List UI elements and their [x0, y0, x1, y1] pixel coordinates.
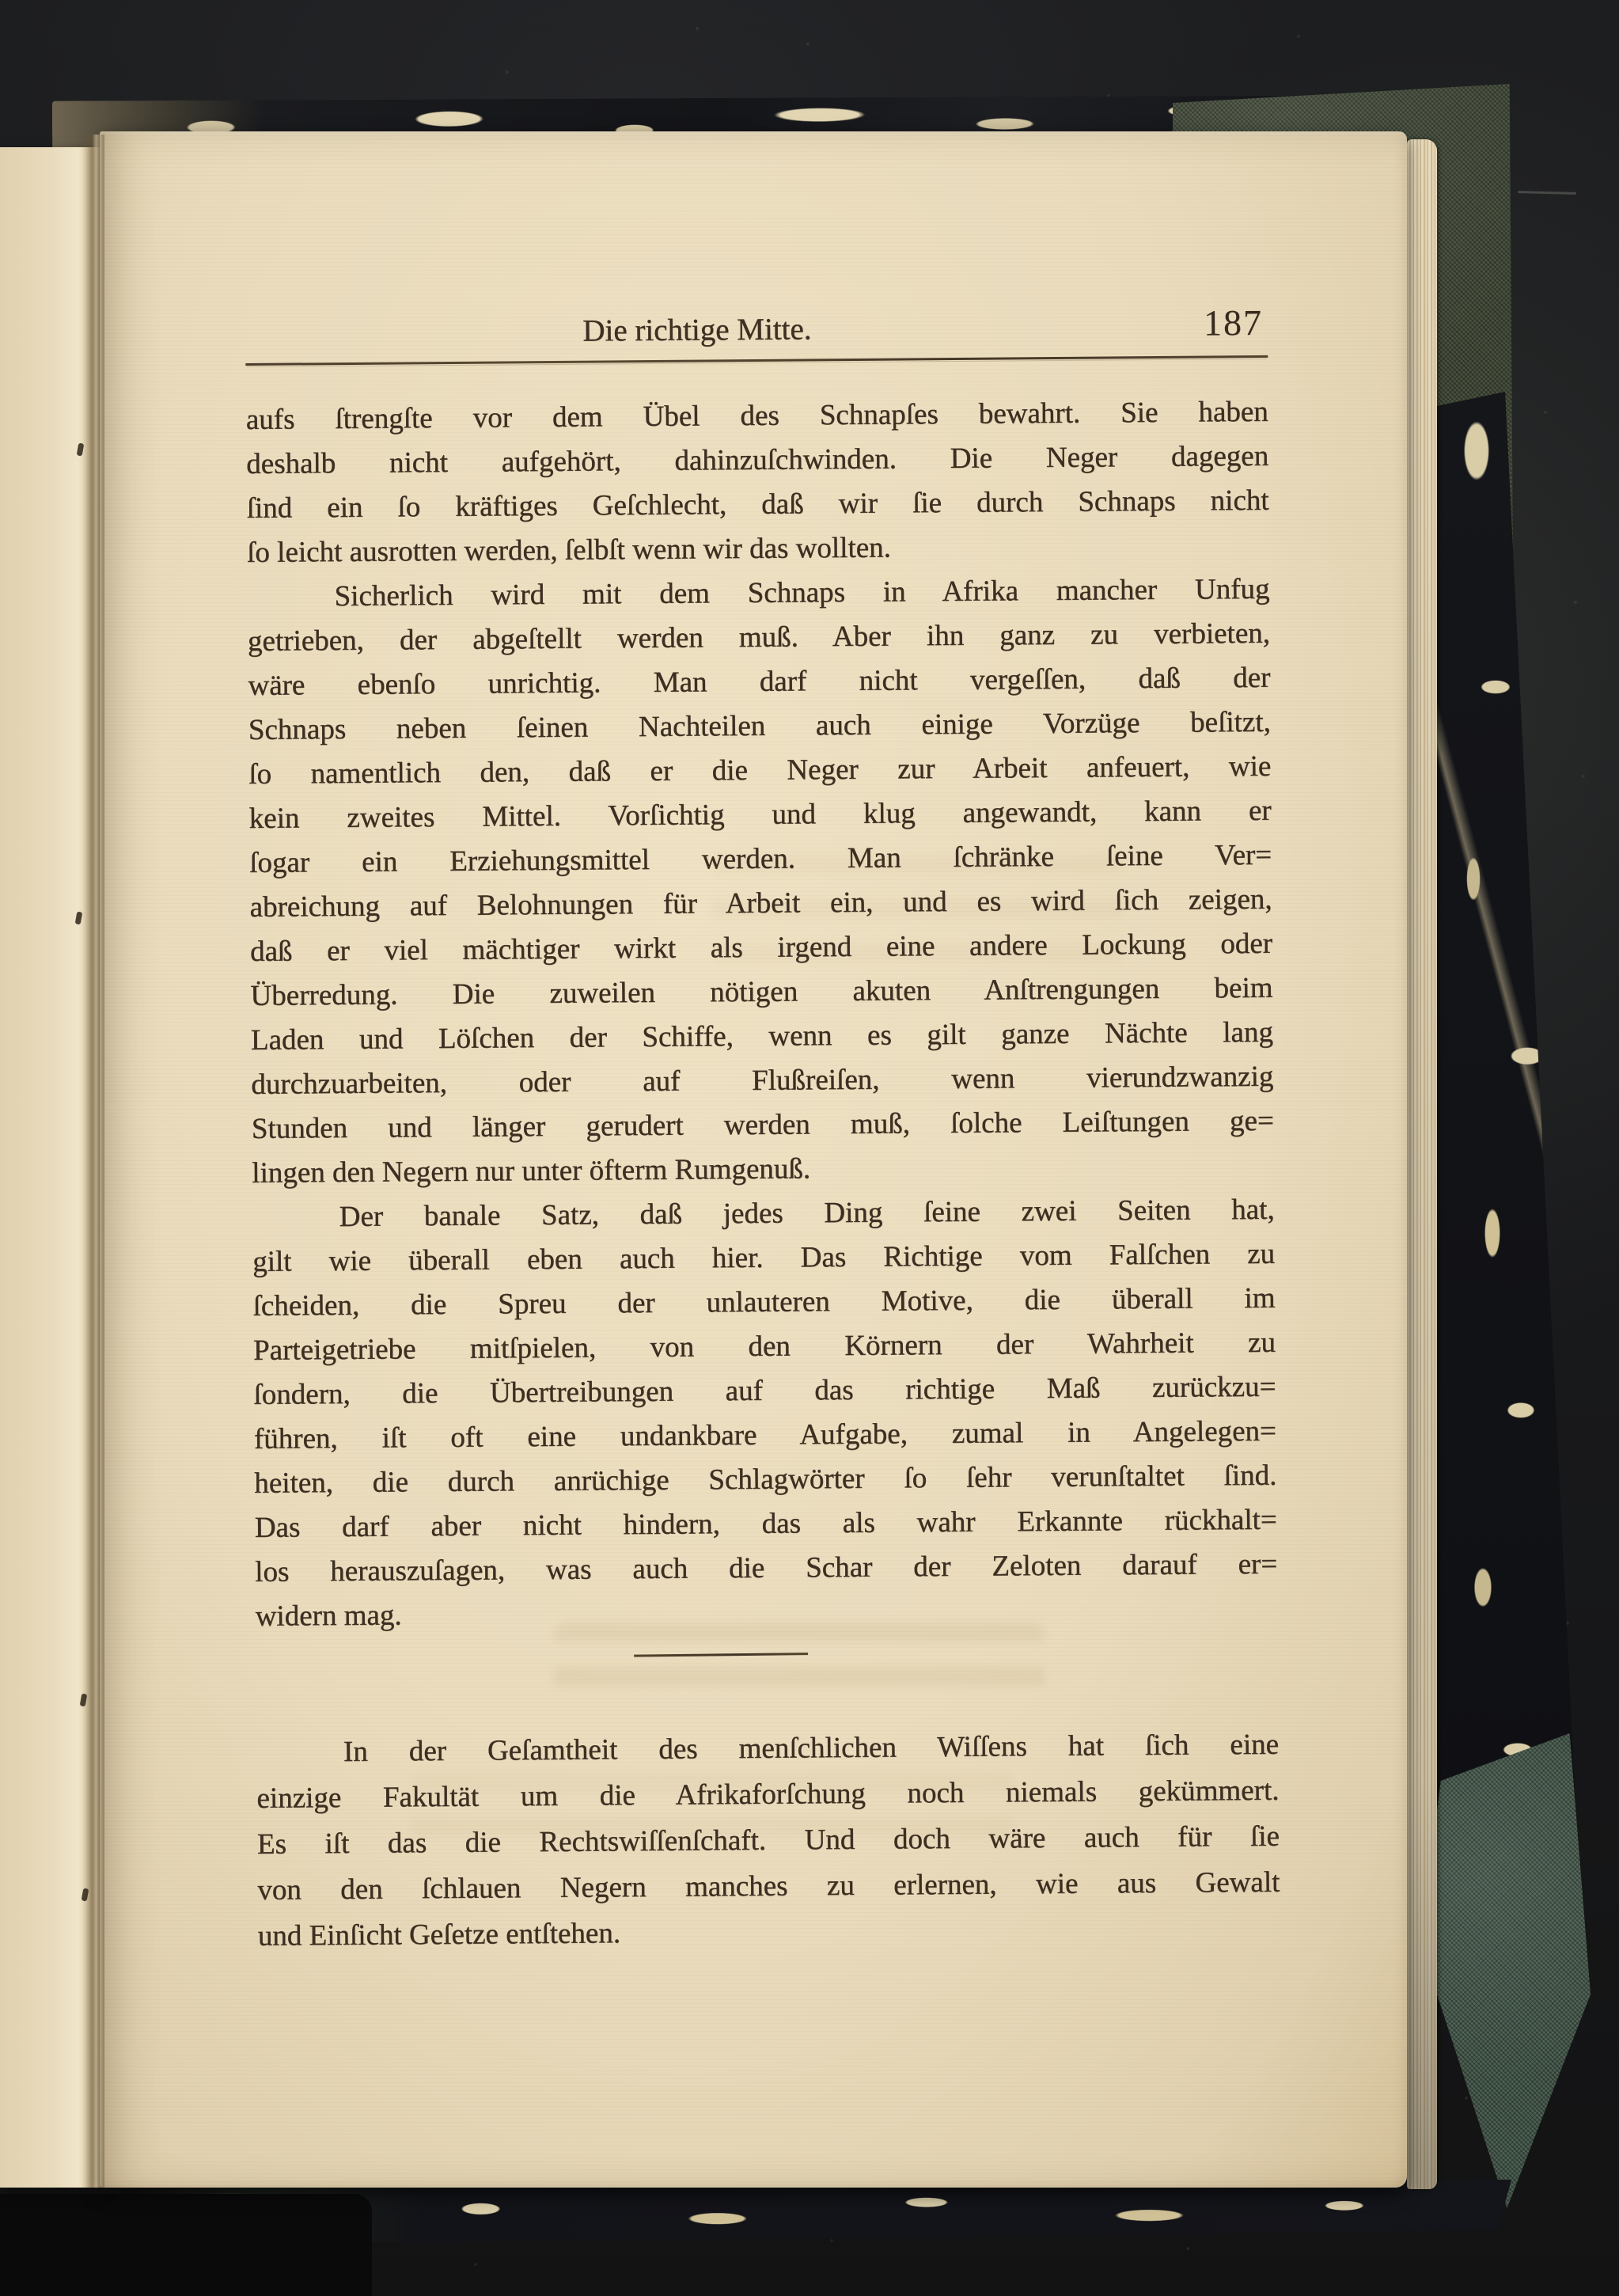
- body-text-closing: In der Geſamtheit des menſchlichen Wiſſe…: [256, 1722, 1280, 1960]
- text-line: Parteigetriebe mitſpielen, von den Körne…: [253, 1321, 1276, 1373]
- text-line: widern mag.: [256, 1587, 1278, 1639]
- text-line: einzige Fakultät um die Afrikaforſchung …: [256, 1768, 1279, 1822]
- text-line: los herauszuſagen, was auch die Schar de…: [255, 1543, 1277, 1595]
- text-line: und Einſicht Geſetze entſtehen.: [258, 1906, 1280, 1960]
- dust-specks: [0, 0, 2, 2]
- text-line: ſondern, die Übertreibungen auf das rich…: [253, 1365, 1276, 1417]
- text-line: In der Geſamtheit des menſchlichen Wiſſe…: [256, 1722, 1279, 1776]
- surface-scratch: [1518, 191, 1576, 195]
- cover-cloth-corner-bottom: [1416, 1733, 1591, 2208]
- text-line: ſcheiden, die Spreu der unlauteren Motiv…: [252, 1277, 1275, 1329]
- text-line: Es iſt das die Rechtswiſſenſchaft. Und d…: [257, 1814, 1280, 1868]
- text-line: Das darf aber nicht hindern, das als wah…: [255, 1498, 1277, 1550]
- text-line: Stunden und länger gerudert werden muß, …: [252, 1099, 1274, 1152]
- text-line: abreichung auf Belohnungen für Arbeit ei…: [249, 878, 1272, 930]
- text-line: wäre ebenſo unrichtig. Man darf nicht ve…: [248, 656, 1270, 708]
- text-line: daß er viel mächtiger wirkt als irgend e…: [250, 922, 1272, 974]
- text-line: Laden und Löſchen der Schiffe, wenn es g…: [251, 1011, 1273, 1063]
- text-line: getrieben, der abgeſtellt werden muß. Ab…: [248, 612, 1270, 664]
- text-line: gilt wie überall eben auch hier. Das Ric…: [252, 1232, 1275, 1285]
- text-line: Schnaps neben ſeinen Nachteilen auch ein…: [248, 700, 1271, 753]
- body-text: aufs ſtrengſte vor dem Übel des Schnapſe…: [246, 390, 1278, 1639]
- gutter-crease: [82, 135, 104, 2188]
- text-line: ſind ein ſo kräftiges Geſchlecht, daß wi…: [247, 479, 1269, 531]
- text-line: lingen den Negern nur unter öfterm Rumge…: [252, 1144, 1274, 1196]
- page-stack-edge: [1407, 139, 1437, 2189]
- cover-shadow-bottom-left: [0, 2194, 372, 2296]
- text-line: durchzuarbeiten, oder auf Flußreiſen, we…: [251, 1055, 1273, 1107]
- text-line: ſogar ein Erziehungsmittel werden. Man ſ…: [249, 833, 1272, 886]
- cover-marbled-strip: [1429, 392, 1587, 1868]
- text-line: Der banale Satz, daß jedes Ding ſeine zw…: [252, 1188, 1275, 1240]
- text-line: von den ſchlauen Negern manches zu erler…: [257, 1860, 1280, 1914]
- text-line: aufs ſtrengſte vor dem Übel des Schnapſe…: [246, 390, 1268, 442]
- text-line: Sicherlich wird mit dem Schnaps in Afrik…: [247, 567, 1269, 620]
- text-line: deshalb nicht aufgehört, dahinzuſchwinde…: [246, 435, 1268, 487]
- text-line: kein zweites Mittel. Vorſichtig und klug…: [249, 789, 1272, 841]
- page-number: 187: [1204, 302, 1263, 344]
- header-rule: [245, 355, 1268, 366]
- text-line: ſo leicht ausrotten werden, ſelbſt wenn …: [247, 523, 1269, 575]
- running-header: Die richtige Mitte. 187: [245, 306, 1268, 355]
- text-line: ſo namentlich den, daß er die Neger zur …: [248, 745, 1271, 797]
- text-line: führen, iſt oft eine undankbare Aufgabe,…: [254, 1410, 1276, 1462]
- text-line: Überredung. Die zuweilen nötigen akuten …: [250, 966, 1272, 1019]
- text-line: heiten, die durch anrüchige Schlagwörter…: [254, 1454, 1276, 1506]
- section-divider: [634, 1653, 808, 1657]
- printed-content: Die richtige Mitte. 187 aufs ſtrengſte v…: [243, 0, 1281, 2058]
- scanned-book-photo: Die richtige Mitte. 187 aufs ſtrengſte v…: [0, 0, 1619, 2296]
- page-title: Die richtige Mitte.: [245, 306, 1268, 355]
